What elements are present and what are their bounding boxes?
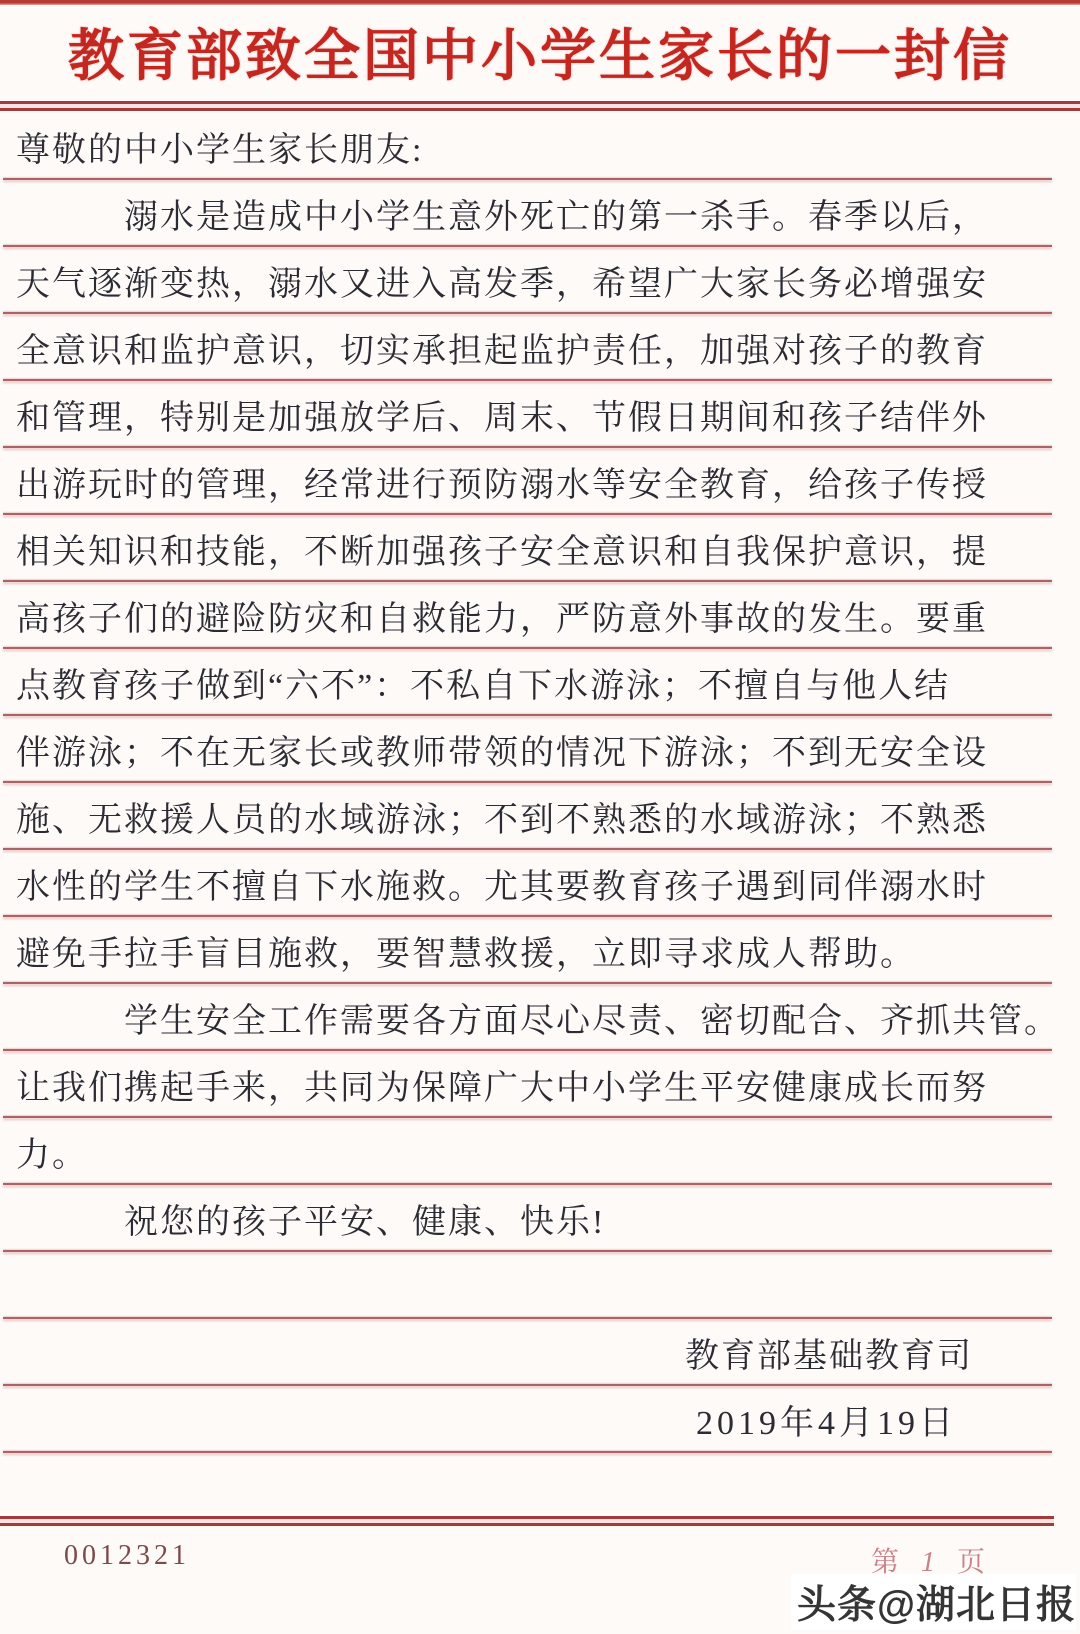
body-line: 力。 (16, 1127, 88, 1176)
body-row: 天气逐渐变热，溺水又进入高发季，希望广大家长务必增强安 (0, 247, 1080, 314)
body-line: 和管理，特别是加强放学后、周末、节假日期间和孩子结伴外 (16, 390, 988, 439)
body-line: 全意识和监护意识，切实承担起监护责任，加强对孩子的教育 (16, 323, 988, 372)
wish-line: 祝您的孩子平安、健康、快乐! (124, 1194, 605, 1243)
title-divider (0, 101, 1080, 111)
body-line: 高孩子们的避险防灾和自救能力，严防意外事故的发生。要重 (16, 591, 988, 640)
body-row: 让我们携起手来，共同为保障广大中小学生平安健康成长而努 (0, 1051, 1080, 1118)
body-row: 水性的学生不擅自下水施救。尤其要教育孩子遇到同伴溺水时 (0, 850, 1080, 917)
top-border-line (0, 0, 1080, 5)
letter-page: 教育部致全国中小学生家长的一封信 尊敬的中小学生家长朋友: 溺水是造成中小学生意… (0, 0, 1080, 1634)
body-line: 让我们携起手来，共同为保障广大中小学生平安健康成长而努 (16, 1060, 988, 1109)
body-row: 和管理，特别是加强放学后、周末、节假日期间和孩子结伴外 (0, 381, 1080, 448)
body-row: 点教育孩子做到“六不”：不私自下水游泳；不擅自与他人结 (0, 649, 1080, 716)
body-line: 相关知识和技能，不断加强孩子安全意识和自我保护意识，提 (16, 524, 988, 573)
body-row: 全意识和监护意识，切实承担起监护责任，加强对孩子的教育 (0, 314, 1080, 381)
body-row: 施、无救援人员的水域游泳；不到不熟悉的水域游泳；不熟悉 (0, 783, 1080, 850)
footer-divider (0, 1516, 1054, 1526)
blank-row (0, 1252, 1080, 1319)
salutation: 尊敬的中小学生家长朋友: (16, 122, 423, 171)
toutiao-hubei-daily-watermark: 头条@湖北日报 (791, 1574, 1076, 1630)
body-row: 学生安全工作需要各方面尽心尽责、密切配合、齐抓共管。 (0, 984, 1080, 1051)
body-line: 点教育孩子做到“六不”：不私自下水游泳；不擅自与他人结 (16, 658, 950, 707)
body-row: 溺水是造成中小学生意外死亡的第一杀手。春季以后， (0, 180, 1080, 247)
body-row: 避免手拉手盲目施救，要智慧救援，立即寻求成人帮助。 (0, 917, 1080, 984)
body-line: 施、无救援人员的水域游泳；不到不熟悉的水域游泳；不熟悉 (16, 792, 988, 841)
body-line: 出游玩时的管理，经常进行预防溺水等安全教育，给孩子传授 (16, 457, 988, 506)
page-code: 0012321 (64, 1540, 190, 1572)
body-row: 相关知识和技能，不断加强孩子安全意识和自我保护意识，提 (0, 515, 1080, 582)
salutation-row: 尊敬的中小学生家长朋友: (0, 113, 1080, 180)
body-row: 伴游泳；不在无家长或教师带领的情况下游泳；不到无安全设 (0, 716, 1080, 783)
wish-row: 祝您的孩子平安、健康、快乐! (0, 1185, 1080, 1252)
date-row: 2019年4月19日 (0, 1386, 1080, 1453)
body-row: 力。 (0, 1118, 1080, 1185)
date-line: 2019年4月19日 (696, 1395, 957, 1444)
body-row: 出游玩时的管理，经常进行预防溺水等安全教育，给孩子传授 (0, 448, 1080, 515)
signature-row: 教育部基础教育司 (0, 1319, 1080, 1386)
letter-title: 教育部致全国中小学生家长的一封信 (0, 12, 1080, 92)
body-line: 天气逐渐变热，溺水又进入高发季，希望广大家长务必增强安 (16, 256, 988, 305)
body-line: 水性的学生不擅自下水施救。尤其要教育孩子遇到同伴溺水时 (16, 859, 988, 908)
signature-line: 教育部基础教育司 (685, 1328, 973, 1377)
body-line: 伴游泳；不在无家长或教师带领的情况下游泳；不到无安全设 (16, 725, 988, 774)
body-line: 溺水是造成中小学生意外死亡的第一杀手。春季以后， (124, 189, 988, 238)
letter-body: 尊敬的中小学生家长朋友: 溺水是造成中小学生意外死亡的第一杀手。春季以后， 天气… (0, 113, 1080, 1453)
body-line: 避免手拉手盲目施救，要智慧救援，立即寻求成人帮助。 (16, 926, 916, 975)
body-row: 高孩子们的避险防灾和自救能力，严防意外事故的发生。要重 (0, 582, 1080, 649)
body-line: 学生安全工作需要各方面尽心尽责、密切配合、齐抓共管。 (124, 993, 1060, 1042)
